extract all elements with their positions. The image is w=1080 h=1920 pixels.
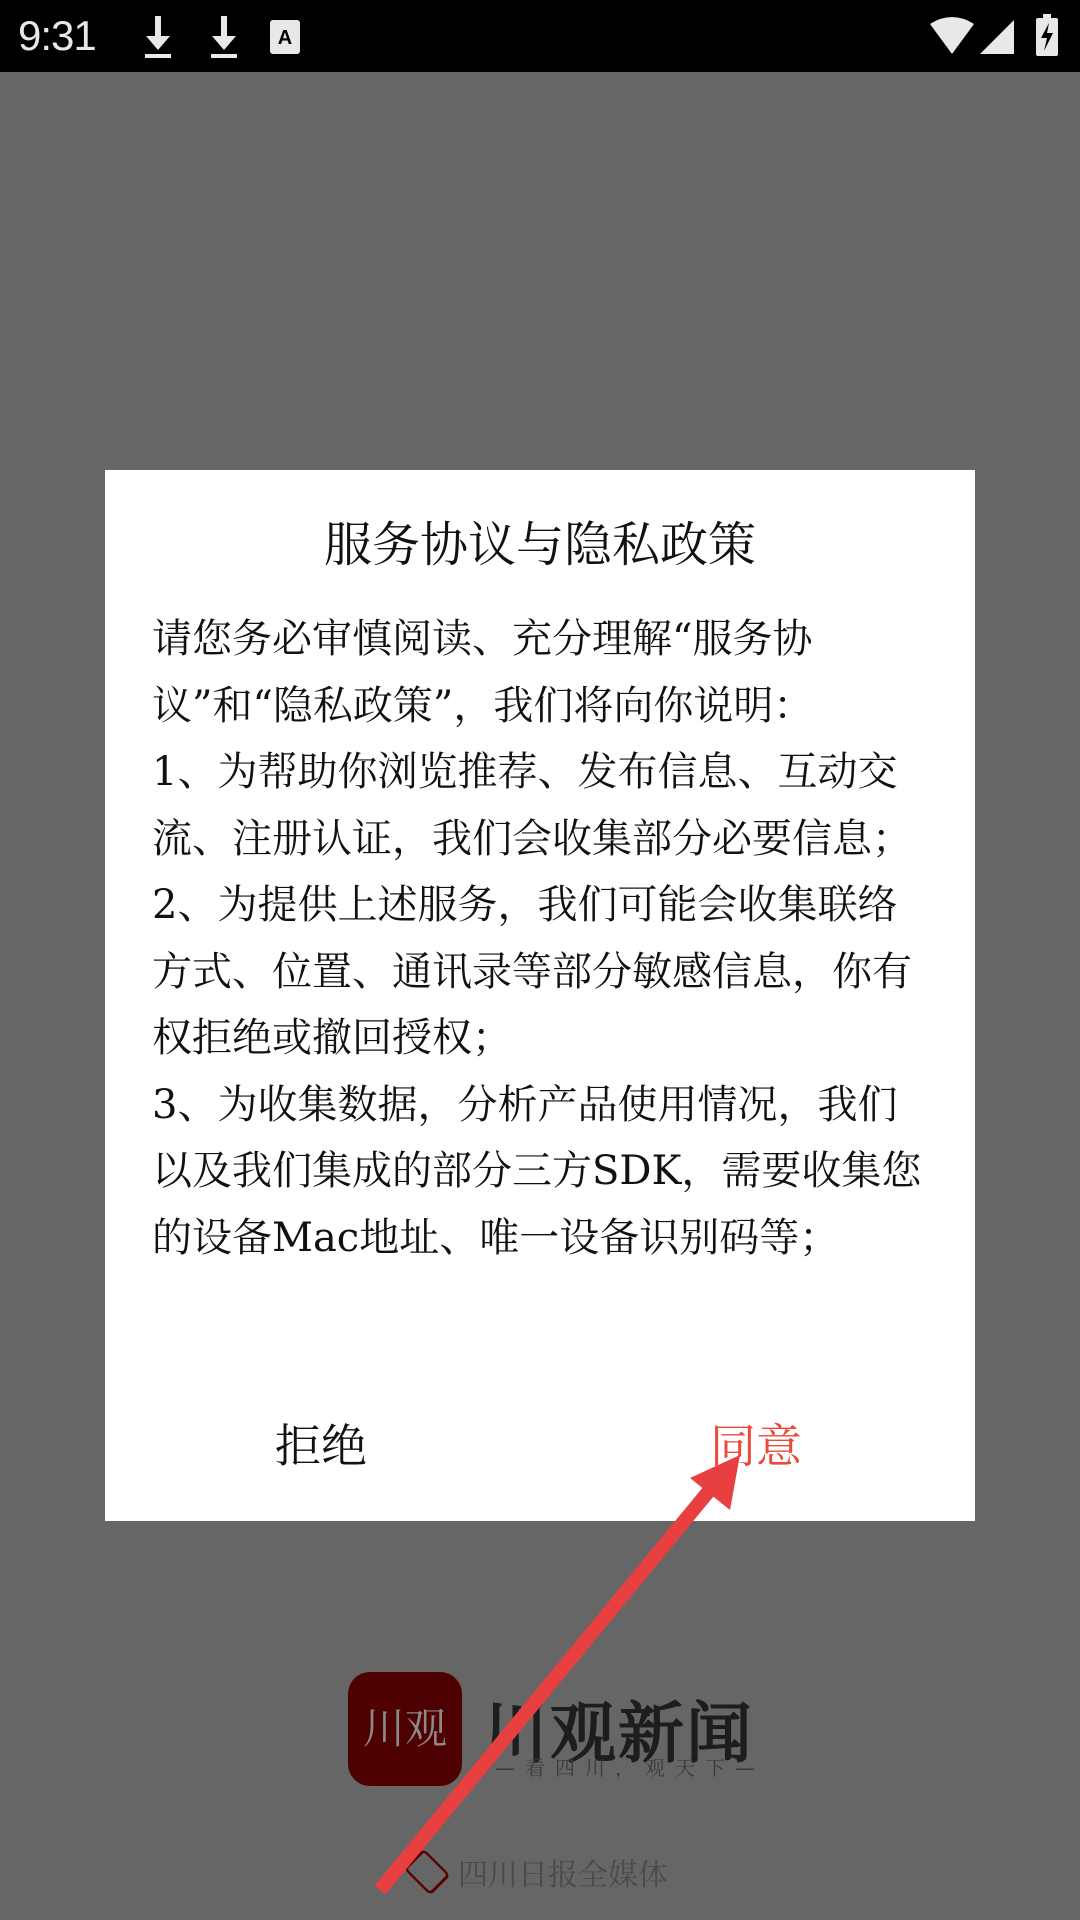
publisher-name: 四川日报全媒体 xyxy=(458,1850,668,1894)
svg-text:A: A xyxy=(278,27,292,49)
body-paragraph: 请您务必审慎阅读、充分理解“服务协议”和“隐私政策”，我们将向你说明： xyxy=(152,606,932,739)
publisher-logo-icon xyxy=(403,1848,450,1895)
dialog-body-scroll[interactable]: 请您务必审慎阅读、充分理解“服务协议”和“隐私政策”，我们将向你说明： 1、为帮… xyxy=(152,606,932,1350)
body-paragraph: 1、为帮助你浏览推荐、发布信息、互动交流、注册认证，我们会收集部分必要信息； xyxy=(152,739,932,872)
status-bar: 9:31 A xyxy=(0,0,1080,72)
body-paragraph: 2、为提供上述服务，我们可能会收集联络方式、位置、通讯录等部分敏感信息，你有权拒… xyxy=(152,872,932,1072)
text-a-icon: A xyxy=(270,20,300,58)
agree-button[interactable]: 同意 xyxy=(690,1400,822,1486)
app-logo-icon: 川观 xyxy=(348,1672,462,1786)
cellular-signal-icon xyxy=(980,20,1014,58)
download-icon xyxy=(138,14,178,64)
status-time: 9:31 xyxy=(18,12,96,60)
footer: 四川日报全媒体 xyxy=(408,1852,668,1892)
battery-charging-icon xyxy=(1036,14,1058,60)
brand-slogan: —看四川，观天下— xyxy=(495,1752,765,1781)
dialog-title: 服务协议与隐私政策 xyxy=(105,506,975,575)
body-paragraph: 3、为收集数据，分析产品使用情况，我们以及我们集成的部分三方SDK，需要收集您的… xyxy=(152,1072,932,1272)
wifi-icon xyxy=(928,16,976,60)
reject-button[interactable]: 拒绝 xyxy=(255,1400,387,1486)
download-icon xyxy=(204,14,244,64)
privacy-dialog: 服务协议与隐私政策 请您务必审慎阅读、充分理解“服务协议”和“隐私政策”，我们将… xyxy=(105,470,975,1521)
